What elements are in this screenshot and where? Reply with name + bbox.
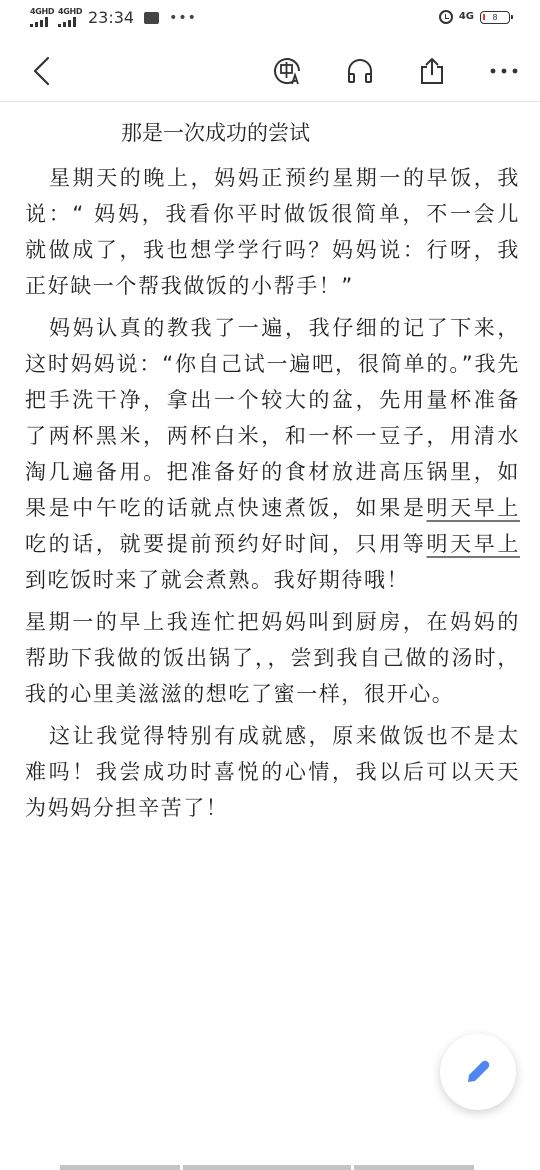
- underlined-phrase[interactable]: 明天早上: [427, 496, 520, 520]
- article-title: 那是一次成功的尝试: [121, 112, 520, 154]
- translate-button[interactable]: [271, 54, 305, 88]
- article-paragraph: 妈妈认真的教我了一遍，我仔细的记了下来，这时妈妈说：“你自己试一遍吧，很简单的。…: [25, 310, 520, 598]
- paragraph-text: 星期一的早上我连忙把妈妈叫到厨房，在妈妈的帮助下我做的饭出锅了，，尝到我自己做的…: [25, 610, 520, 706]
- article-paragraph: 星期天的晚上，妈妈正预约星期一的早饭，我说：“ 妈妈，我看你平时做饭很简单，不一…: [25, 160, 520, 304]
- article-body: 那是一次成功的尝试 星期天的晚上，妈妈正预约星期一的早饭，我说：“ 妈妈，我看你…: [25, 112, 520, 826]
- paragraph-text: 吃的话，就要提前预约好时间，只用等: [25, 532, 427, 556]
- signal-label: 4GHD: [30, 8, 54, 16]
- more-horizontal-icon: [489, 66, 519, 76]
- battery-icon: 8: [480, 11, 510, 24]
- listen-button[interactable]: [343, 54, 377, 88]
- signal-strength-icon: 4GHD: [30, 8, 52, 27]
- paragraph-text: 到吃饭时来了就会煮熟。我好期待哦！: [25, 568, 409, 592]
- more-notifications-icon: •••: [169, 10, 197, 26]
- share-icon: [417, 56, 447, 86]
- notification-app-icon: [144, 12, 159, 24]
- signal-strength-icon: 4GHD: [58, 8, 80, 27]
- article-paragraph: 这让我觉得特别有成就感，原来做饭也不是太难吗！我尝成功时喜悦的心情，我以后可以天…: [25, 718, 520, 826]
- pencil-edit-icon: [463, 1057, 493, 1087]
- headphones-icon: [345, 56, 375, 86]
- paragraph-text: 这让我觉得特别有成就感，原来做饭也不是太难吗！我尝成功时喜悦的心情，我以后可以天…: [25, 724, 520, 820]
- battery-level: 8: [492, 13, 497, 22]
- top-toolbar: [0, 40, 540, 102]
- status-bar: 4GHD 4GHD 23:34 ••• 4G 8: [0, 0, 540, 40]
- more-options-button[interactable]: [487, 54, 521, 88]
- back-button[interactable]: [25, 54, 59, 88]
- alarm-icon: [439, 10, 453, 24]
- status-right: 4G 8: [439, 10, 510, 24]
- chevron-left-icon: [31, 56, 53, 86]
- underlined-phrase[interactable]: 明天早上: [427, 532, 520, 556]
- signal-label: 4GHD: [58, 8, 82, 16]
- bottom-indicator: [60, 1165, 474, 1170]
- status-left: 4GHD 4GHD 23:34 •••: [30, 8, 197, 27]
- paragraph-text: 妈妈认真的教我了一遍，我仔细的记了下来，这时妈妈说：“你自己试一遍吧，很简单的。…: [25, 316, 520, 520]
- translate-zh-a-icon: [273, 56, 303, 86]
- network-type: 4G: [459, 12, 474, 22]
- share-button[interactable]: [415, 54, 449, 88]
- clock: 23:34: [88, 8, 134, 27]
- paragraph-text: 星期天的晚上，妈妈正预约星期一的早饭，我说：“ 妈妈，我看你平时做饭很简单，不一…: [25, 166, 520, 298]
- article-paragraph: 星期一的早上我连忙把妈妈叫到厨房，在妈妈的帮助下我做的饭出锅了，，尝到我自己做的…: [25, 604, 520, 712]
- edit-fab-button[interactable]: [440, 1034, 516, 1110]
